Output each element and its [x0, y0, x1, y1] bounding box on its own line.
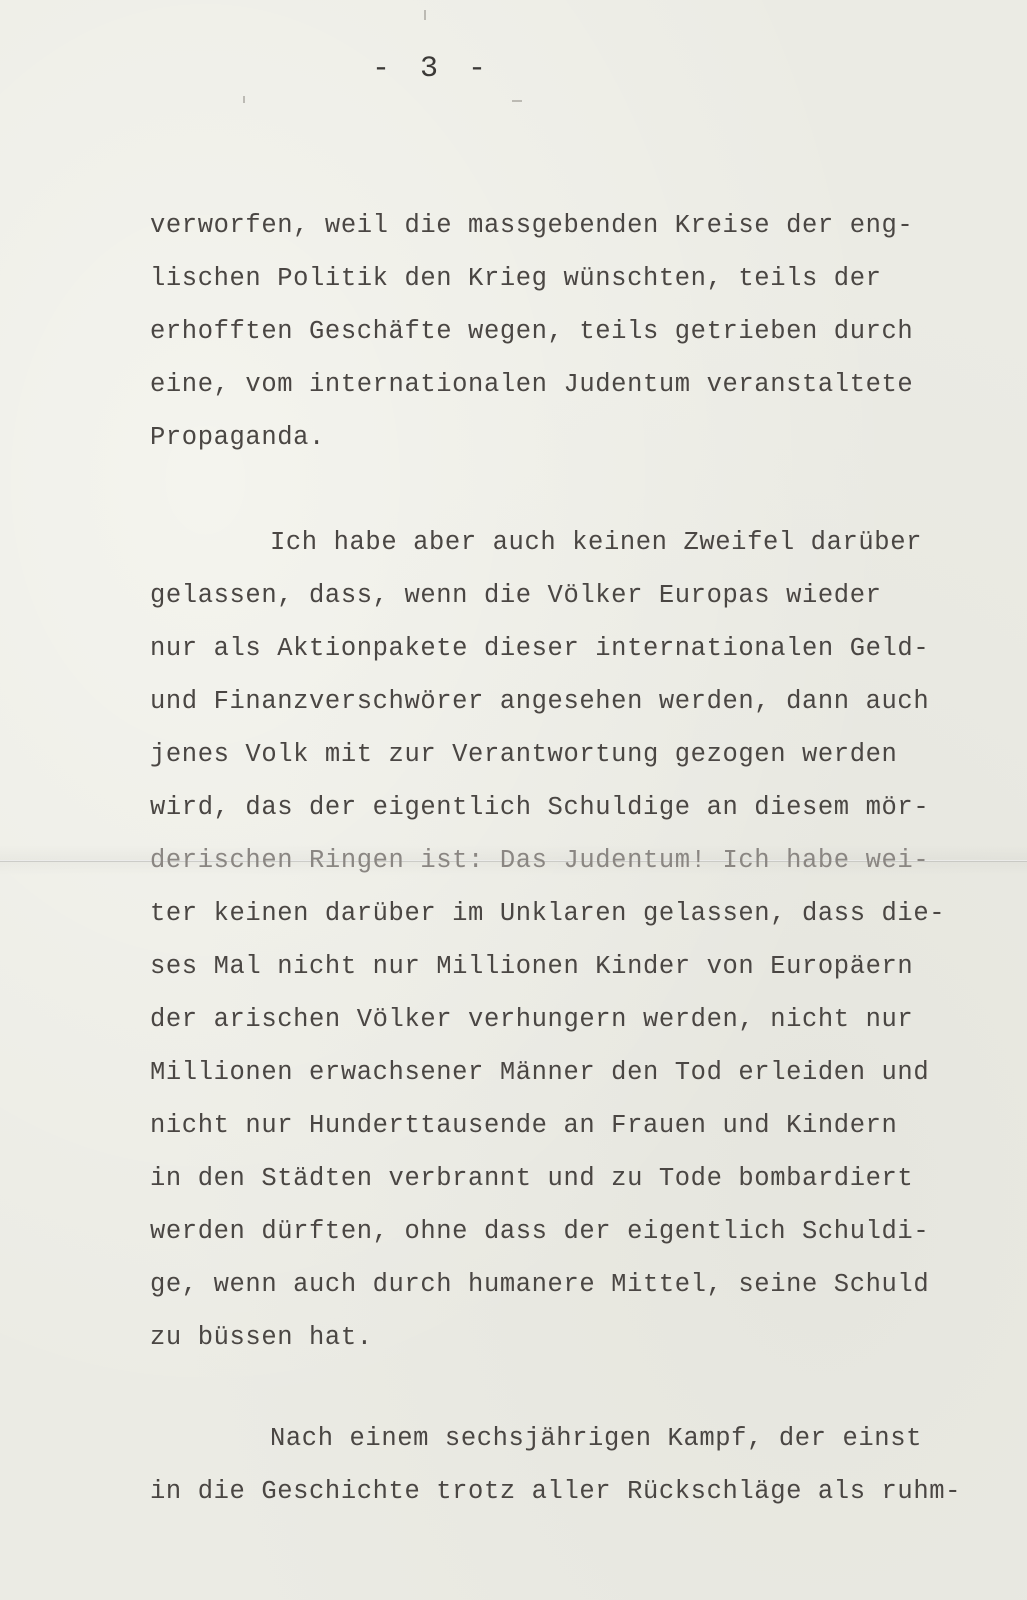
text-line: ter keinen darüber im Unklaren gelassen,… [150, 894, 970, 947]
text-line-on-fold: derischen Ringen ist: Das Judentum! Ich … [150, 841, 970, 894]
text-line: verworfen, weil die massgebenden Kreise … [150, 206, 970, 259]
page-number: - 3 - [372, 52, 492, 86]
text-line: Ich habe aber auch keinen Zweifel darübe… [150, 523, 970, 576]
paragraph-spacer [150, 471, 970, 523]
text-line: nur als Aktionpakete dieser internationa… [150, 629, 970, 682]
paragraph-1: verworfen, weil die massgebenden Kreise … [150, 206, 970, 471]
typewritten-body: verworfen, weil die massgebenden Kreise … [150, 206, 970, 1525]
text-line: werden dürften, ohne dass der eigentlich… [150, 1212, 970, 1265]
text-line: Propaganda. [150, 418, 970, 471]
paragraph-3: Nach einem sechsjährigen Kampf, der eins… [150, 1419, 970, 1525]
text-line: Millionen erwachsener Männer den Tod erl… [150, 1053, 970, 1106]
text-line: wird, das der eigentlich Schuldige an di… [150, 788, 970, 841]
text-line: Nach einem sechsjährigen Kampf, der eins… [150, 1419, 970, 1472]
paper-speck [512, 100, 522, 102]
text-line: der arischen Völker verhungern werden, n… [150, 1000, 970, 1053]
paper-speck [243, 96, 245, 103]
paragraph-spacer [150, 1371, 970, 1419]
text-line: eine, vom internationalen Judentum veran… [150, 365, 970, 418]
text-line: und Finanzverschwörer angesehen werden, … [150, 682, 970, 735]
text-line: ge, wenn auch durch humanere Mittel, sei… [150, 1265, 970, 1318]
text-line: in den Städten verbrannt und zu Tode bom… [150, 1159, 970, 1212]
text-line: gelassen, dass, wenn die Völker Europas … [150, 576, 970, 629]
paper-speck [424, 10, 426, 20]
text-line: ses Mal nicht nur Millionen Kinder von E… [150, 947, 970, 1000]
text-line: erhofften Geschäfte wegen, teils getrieb… [150, 312, 970, 365]
text-line: lischen Politik den Krieg wünschten, tei… [150, 259, 970, 312]
text-line: zu büssen hat. [150, 1318, 970, 1371]
text-line: in die Geschichte trotz aller Rückschläg… [150, 1472, 970, 1525]
text-line: nicht nur Hunderttausende an Frauen und … [150, 1106, 970, 1159]
text-line: jenes Volk mit zur Verantwortung gezogen… [150, 735, 970, 788]
paragraph-2: Ich habe aber auch keinen Zweifel darübe… [150, 523, 970, 1371]
